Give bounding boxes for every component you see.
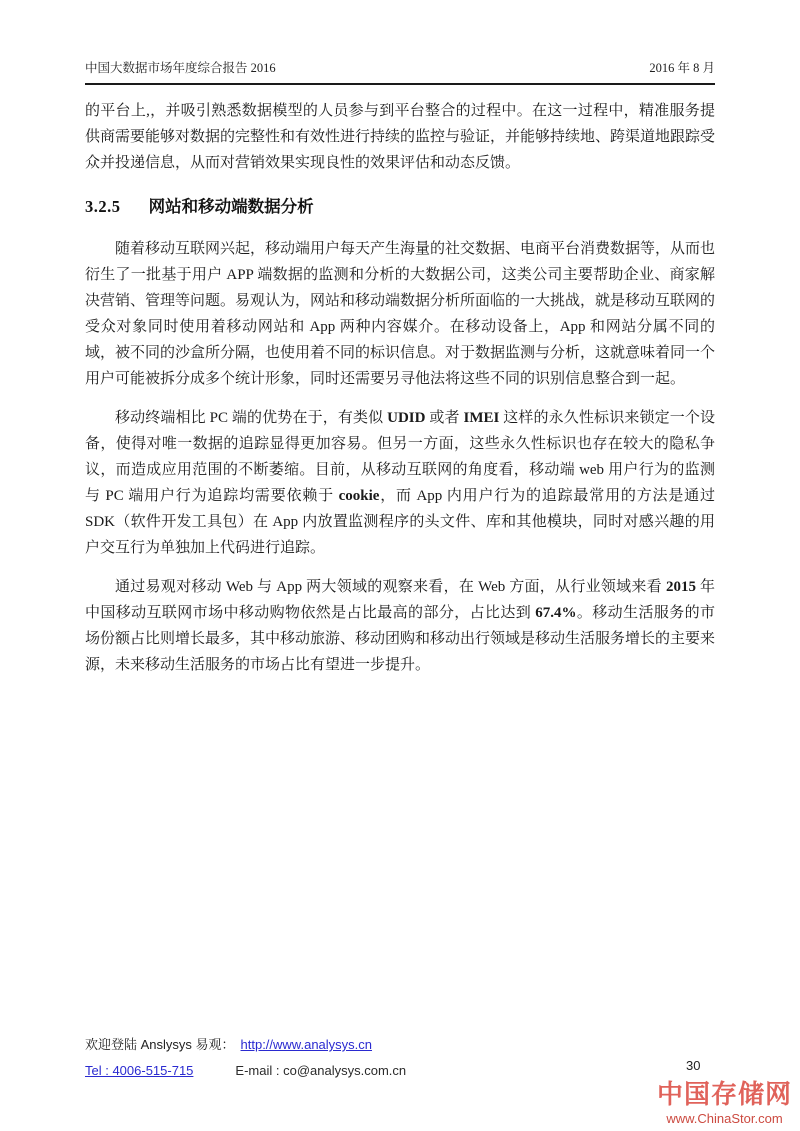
body-paragraph-1: 随着移动互联网兴起，移动端用户每天产生海量的社交数据、电商平台消费数据等，从而也… (85, 236, 715, 392)
page-footer: 欢迎登陆 Anslysys 易观： http://www.analysys.cn… (85, 1034, 406, 1088)
emphasis-text: UDID (387, 410, 425, 426)
header-date: 2016 年 8 月 (649, 58, 715, 76)
watermark: 中国存储网 www.ChinaStor.com (657, 1080, 792, 1126)
emphasis-text: cookie (339, 488, 380, 504)
section-number: 3.2.5 (85, 197, 121, 216)
header-report-title: 中国大数据市场年度综合报告 2016 (85, 58, 276, 76)
body-paragraph-2: 移动终端相比 PC 端的优势在于，有类似 UDID 或者 IMEI 这样的永久性… (85, 405, 715, 561)
section-heading: 3.2.5 网站和移动端数据分析 (85, 193, 715, 217)
document-body: 的平台上,，并吸引熟悉数据模型的人员参与到平台整合的过程中。在这一过程中，精准服… (85, 98, 715, 678)
page-header: 中国大数据市场年度综合报告 2016 2016 年 8 月 (85, 0, 715, 85)
document-page: 中国大数据市场年度综合报告 2016 2016 年 8 月 的平台上,，并吸引熟… (0, 0, 800, 1131)
emphasis-text: 2015 (666, 579, 696, 595)
footer-tel-link[interactable]: Tel : 4006-515-715 (85, 1063, 193, 1078)
body-text: 或者 (425, 410, 463, 426)
footer-welcome-text: 欢迎登陆 Anslysys 易观： (85, 1034, 235, 1053)
section-title: 网站和移动端数据分析 (149, 197, 314, 216)
body-text: 移动终端相比 PC 端的优势在于，有类似 (115, 410, 387, 426)
body-paragraph-continuation: 的平台上,，并吸引熟悉数据模型的人员参与到平台整合的过程中。在这一过程中，精准服… (85, 98, 715, 176)
watermark-url: www.ChinaStor.com (657, 1112, 792, 1126)
body-text: 的平台上,，并吸引熟悉数据模型的人员参与到平台整合的过程中。在这一过程中，精准服… (85, 103, 715, 171)
body-text: 随着移动互联网兴起，移动端用户每天产生海量的社交数据、电商平台消费数据等，从而也… (85, 241, 715, 387)
body-text: 通过易观对移动 Web 与 App 两大领域的观察来看，在 Web 方面，从行业… (115, 579, 666, 595)
footer-website-link[interactable]: http://www.analysys.cn (241, 1037, 373, 1052)
emphasis-text: 67.4% (535, 605, 576, 621)
page-number: 30 (686, 1058, 700, 1073)
footer-email-text: E-mail : co@analysys.com.cn (235, 1063, 406, 1078)
emphasis-text: IMEI (464, 410, 500, 426)
watermark-title: 中国存储网 (657, 1080, 792, 1109)
body-paragraph-3: 通过易观对移动 Web 与 App 两大领域的观察来看，在 Web 方面，从行业… (85, 574, 715, 678)
footer-line-contact: Tel : 4006-515-715 E-mail : co@analysys.… (85, 1063, 406, 1078)
footer-line-welcome: 欢迎登陆 Anslysys 易观： http://www.analysys.cn (85, 1034, 406, 1053)
page-content: 中国大数据市场年度综合报告 2016 2016 年 8 月 的平台上,，并吸引熟… (85, 0, 715, 691)
